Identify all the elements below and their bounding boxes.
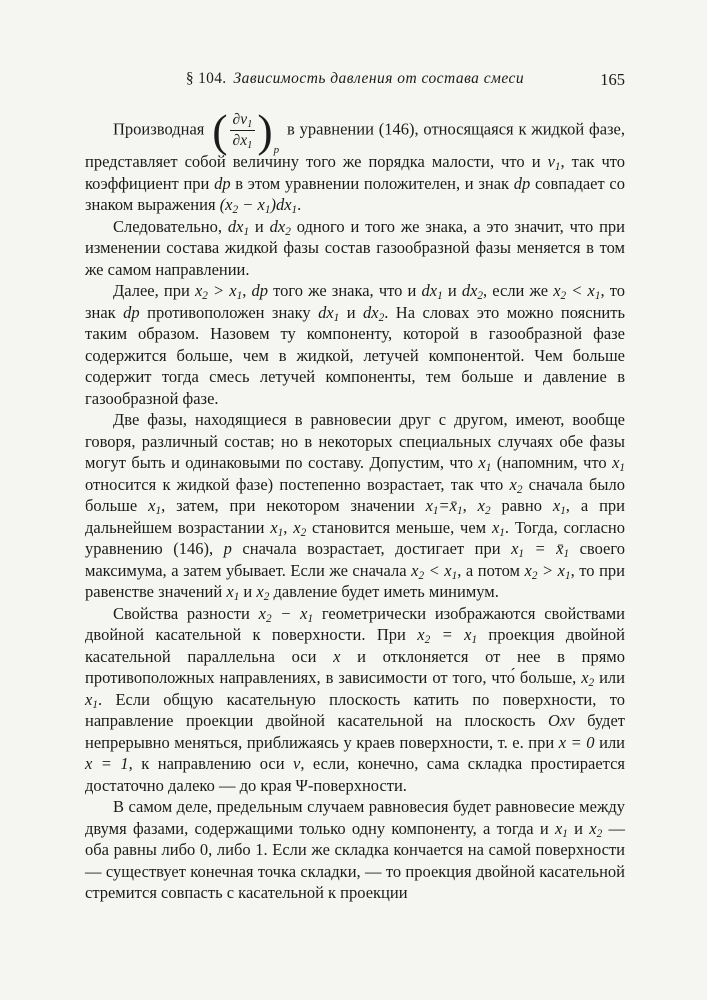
math-inline: dx1 [228,217,249,236]
math-inline: x1 [478,453,491,472]
paragraph: Далее, при x2 > x1, dp того же знака, чт… [85,280,625,409]
paragraph: Свойства разности x2 − x1 геометрически … [85,603,625,797]
running-title: § 104.Зависимость давления от состава см… [186,70,524,87]
math-inline: x = 0 [559,733,595,752]
math-inline: dx2 [270,217,291,236]
math-inline: (x2 − x1)dx1 [220,195,297,214]
section-title: Зависимость давления от состава смеси [233,70,524,87]
math-inline: dp [123,303,140,322]
math-inline: v1 [548,152,561,171]
paragraph: Две фазы, находящиеся в равновесии друг … [85,409,625,603]
page-header: § 104.Зависимость давления от состава см… [85,70,625,96]
paragraph: Производная (∂v1∂x1)p в уравнении (146),… [85,110,625,216]
math-inline: x2 − x1 [259,604,313,623]
math-inline: x2 [510,475,523,494]
math-inline: x = 1 [85,754,129,773]
math-inline: dp [514,174,531,193]
fraction-body: ∂v1∂x1 [230,110,256,151]
math-inline: x1 [492,518,505,537]
math-inline: x2 > x1 [195,281,242,300]
math-inline: dp [214,174,231,193]
page-body: Производная (∂v1∂x1)p в уравнении (146),… [85,110,625,904]
math-inline: x1 [226,582,239,601]
math-inline: x1 [85,690,98,709]
math-inline: x1 [555,819,568,838]
math-inline: v [293,754,300,773]
math-inline: dx1 [422,281,443,300]
page-number: 165 [600,70,625,90]
math-inline: x2 [581,668,594,687]
math-inline: x [333,647,340,666]
math-inline: x2 < x1 [553,281,600,300]
constant-pressure-subscript: p [274,140,280,162]
math-inline: x2 [293,518,306,537]
math-inline: Oxv [548,711,575,730]
book-page: § 104.Зависимость давления от состава см… [85,0,625,904]
math-inline: dx2 [462,281,483,300]
math-inline: x2 [256,582,269,601]
math-inline: x1 = x̄1 [511,539,569,558]
math-inline: x1 [270,518,283,537]
math-inline: x1 [612,453,625,472]
math-inline: x1 [553,496,566,515]
math-inline: dx1 [318,303,339,322]
math-inline: x2 [589,819,602,838]
math-inline: dp [252,281,269,300]
math-inline: x1=x̄1 [426,496,463,515]
math-inline: x2 < x1 [411,561,457,580]
math-inline: dx2 [363,303,384,322]
math-inline: x2 [478,496,491,515]
math-inline: p [224,539,232,558]
paragraph: В самом деле, предельным случаем равнове… [85,796,625,904]
section-number: § 104. [186,70,227,87]
math-inline: x2 > x1 [525,561,571,580]
paragraph: Следовательно, dx1 и dx2 одного и того ж… [85,216,625,281]
derivative-fraction: (∂v1∂x1)p [212,110,279,151]
math-inline: x1 [148,496,161,515]
math-inline: x2 = x1 [417,625,477,644]
fraction-denominator: ∂x1 [230,131,256,151]
fraction-numerator: ∂v1 [230,110,256,131]
